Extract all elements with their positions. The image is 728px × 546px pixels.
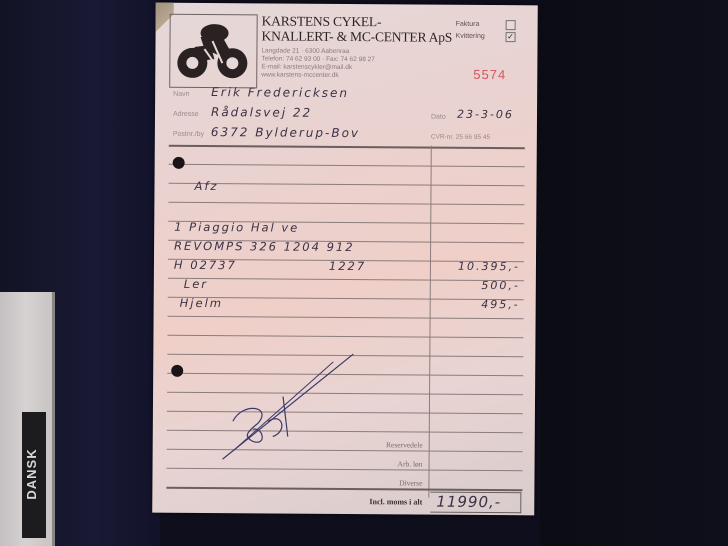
motorcycle-rider-icon: [174, 19, 252, 84]
checkbox-kvittering-box[interactable]: ✓: [506, 32, 516, 42]
diverse-label: Diverse: [302, 478, 422, 488]
serial-number: 5574: [473, 67, 506, 82]
ruled-line: [169, 164, 525, 167]
desk-background-right: [540, 0, 728, 546]
arb-lon-label: Arb. løn: [303, 459, 423, 469]
company-contact-info: Langdade 21 · 6300 Aabenraa Telefon: 74 …: [261, 47, 375, 80]
total-label: Incl. moms i alt: [302, 497, 422, 507]
line-item-text: REVOMPS 326 1204 912: [174, 239, 355, 254]
line-item-text: Ler: [184, 277, 208, 291]
address-field: Adresse Rådalsvej 22 Dato 23-3-06: [173, 105, 523, 127]
date-label: Dato: [431, 114, 446, 121]
city-label: Postnr./by: [173, 131, 204, 138]
address-value: Rådalsvej 22: [211, 105, 312, 120]
name-label: Navn: [173, 91, 189, 98]
reservedele-label: Reservedele: [303, 440, 423, 450]
amount-column-divider: [428, 146, 431, 498]
address-label: Adresse: [173, 111, 199, 118]
ruled-line: [169, 183, 525, 186]
line-item-text: Hjelm: [180, 296, 223, 310]
checkbox-faktura-box[interactable]: [506, 20, 516, 30]
company-name-line2: KNALLERT- & MC-CENTER ApS: [262, 28, 453, 44]
city-value: 6372 Bylderup-Bov: [211, 125, 360, 140]
checkbox-kvittering[interactable]: Kvittering ✓: [456, 31, 526, 43]
company-name: KARSTENS CYKEL- KNALLERT- & MC-CENTER Ap…: [262, 13, 453, 44]
ruled-line: [167, 468, 523, 471]
total-box: 11990,-: [430, 492, 521, 514]
ruled-line: [167, 335, 523, 338]
date-value: 23-3-06: [457, 108, 514, 121]
document-type-checkboxes: Faktura Kvittering ✓: [456, 19, 526, 43]
line-item-text: H 02737: [174, 258, 237, 272]
checkbox-kvittering-label: Kvittering: [456, 31, 485, 43]
booklet-label: DANSK: [24, 434, 44, 514]
company-logo: [169, 14, 258, 89]
name-value: Erik Fredericksen: [211, 85, 349, 100]
line-item-text: Afz: [194, 179, 218, 193]
checkbox-faktura[interactable]: Faktura: [456, 19, 526, 31]
company-website: www.karstens-mccenter.dk: [261, 71, 375, 80]
line-item-amount: 495,-: [440, 298, 520, 312]
punch-hole-bottom: [171, 365, 183, 377]
checkbox-faktura-label: Faktura: [456, 19, 480, 31]
city-field: Postnr./by 6372 Bylderup-Bov CVR-nr. 25 …: [173, 125, 523, 147]
punch-hole-top: [173, 157, 185, 169]
ruled-line: [168, 316, 524, 319]
receipt-paper: KARSTENS CYKEL- KNALLERT- & MC-CENTER Ap…: [152, 3, 538, 516]
line-item-text: 1 Piaggio Hal ve: [174, 220, 299, 235]
cvr-number: CVR-nr. 25 66 95 45: [431, 134, 490, 141]
booklet-tab: DANSK: [22, 412, 46, 538]
ruled-line: [168, 202, 524, 205]
company-name-line1: KARSTENS CYKEL-: [262, 13, 453, 29]
name-field: Navn Erik Fredericksen: [173, 85, 523, 107]
line-item-amount: 500,-: [440, 279, 520, 293]
dansk-booklet: DANSK: [0, 292, 55, 546]
line-item-amount: 10.395,-: [440, 260, 520, 274]
total-value: 11990,-: [436, 493, 501, 511]
line-item-mid: 1227: [329, 259, 366, 273]
total-divider: [166, 487, 522, 491]
